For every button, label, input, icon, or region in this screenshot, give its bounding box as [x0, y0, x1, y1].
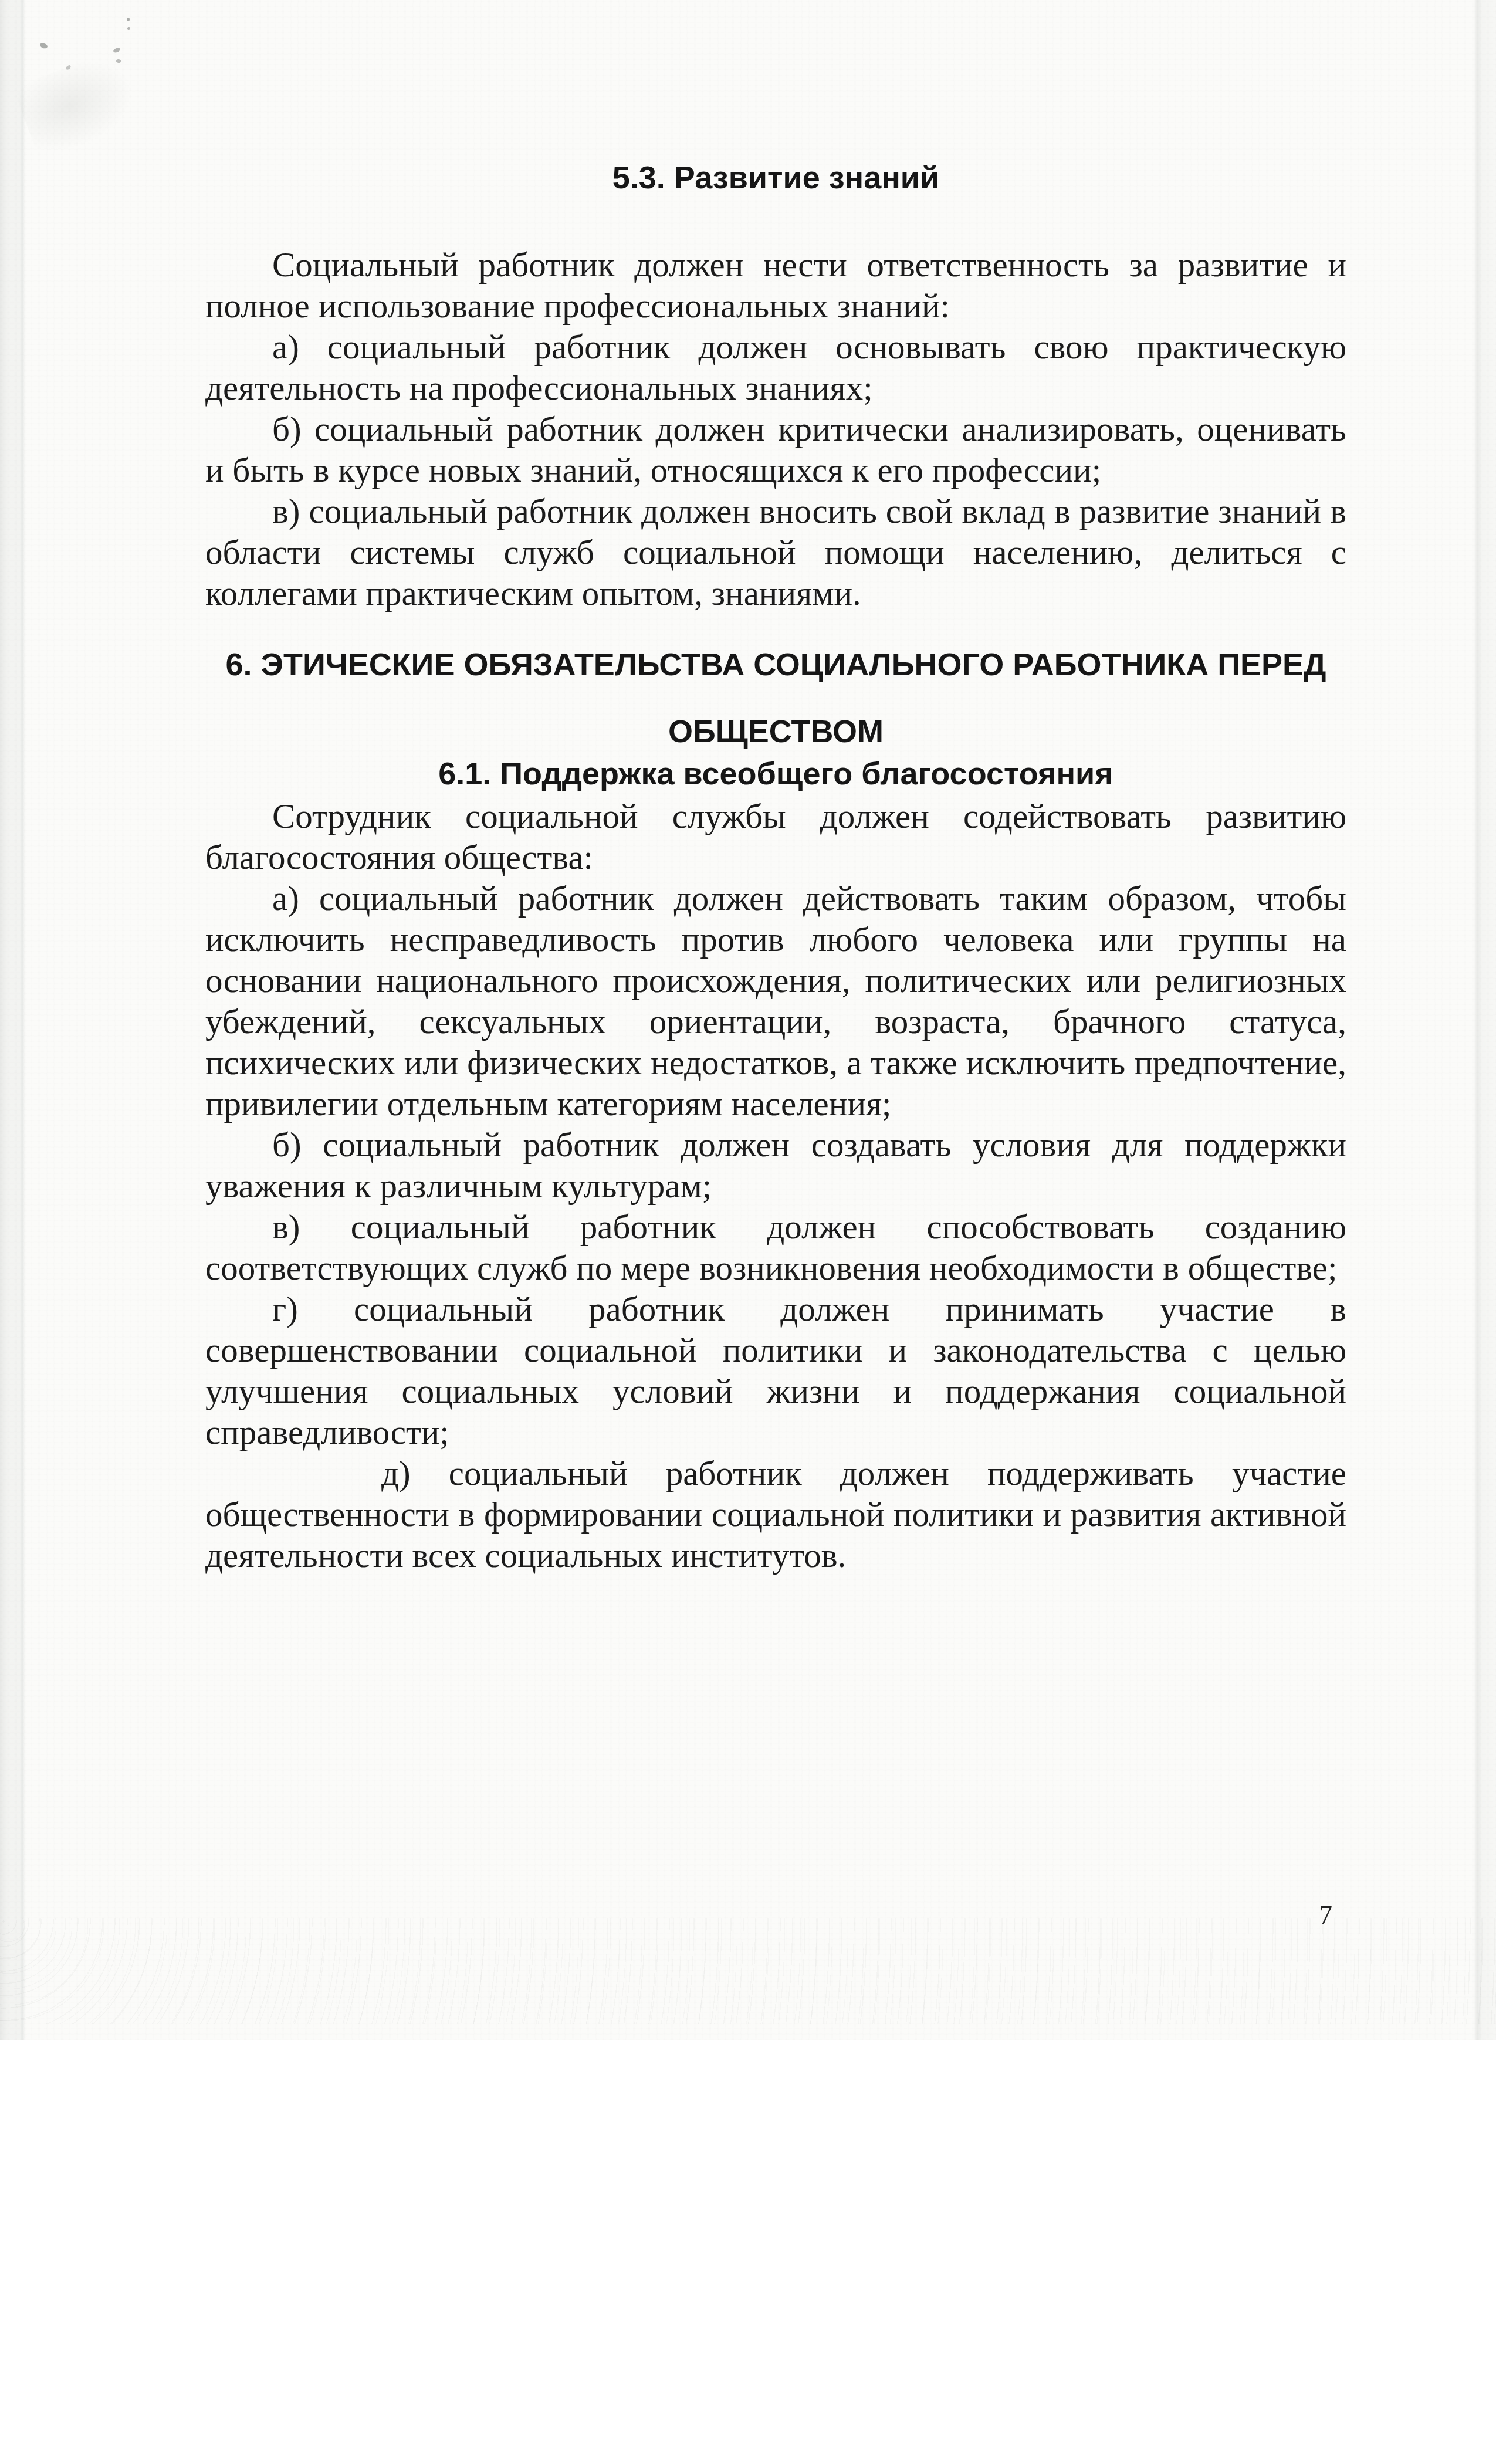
section-6-1-body: Сотрудник социальной службы должен содей… [205, 796, 1346, 1576]
dust-speck [127, 18, 130, 21]
paragraph: в) социальный работник должен способство… [205, 1206, 1346, 1288]
paragraph: а) социальный работник должен действоват… [205, 878, 1346, 1124]
paragraph: б) социальный работник должен создавать … [205, 1124, 1346, 1206]
paragraph: Социальный работник должен нести ответст… [205, 244, 1346, 326]
paragraph: б) социальный работник должен критически… [205, 408, 1346, 490]
page-number: 7 [1319, 1901, 1332, 1930]
dust-speck [39, 42, 48, 50]
paragraph: Сотрудник социальной службы должен содей… [205, 796, 1346, 878]
section-6-heading: 6. ЭТИЧЕСКИЕ ОБЯЗАТЕЛЬСТВА СОЦИАЛЬНОГО Р… [205, 631, 1346, 765]
scan-edge-right [1474, 0, 1496, 2040]
section-6-1-heading: 6.1. Поддержка всеобщего благосостояния [205, 753, 1346, 794]
section-5-3-heading: 5.3. Развитие знаний [205, 157, 1346, 198]
scan-noise-band [0, 1918, 1496, 2024]
scanned-page: 5.3. Развитие знаний Социальный работник… [0, 0, 1496, 2040]
paragraph: а) социальный работник должен основывать… [205, 326, 1346, 408]
scan-edge-left [0, 0, 27, 2040]
dust-speck [127, 27, 130, 30]
paragraph: в) социальный работник должен вносить св… [205, 490, 1346, 614]
paragraph: д) социальный работник должен поддержива… [205, 1453, 1346, 1576]
section-5-3-body: Социальный работник должен нести ответст… [205, 244, 1346, 614]
scan-smudge [13, 47, 151, 164]
paragraph: г) социальный работник должен принимать … [205, 1288, 1346, 1453]
